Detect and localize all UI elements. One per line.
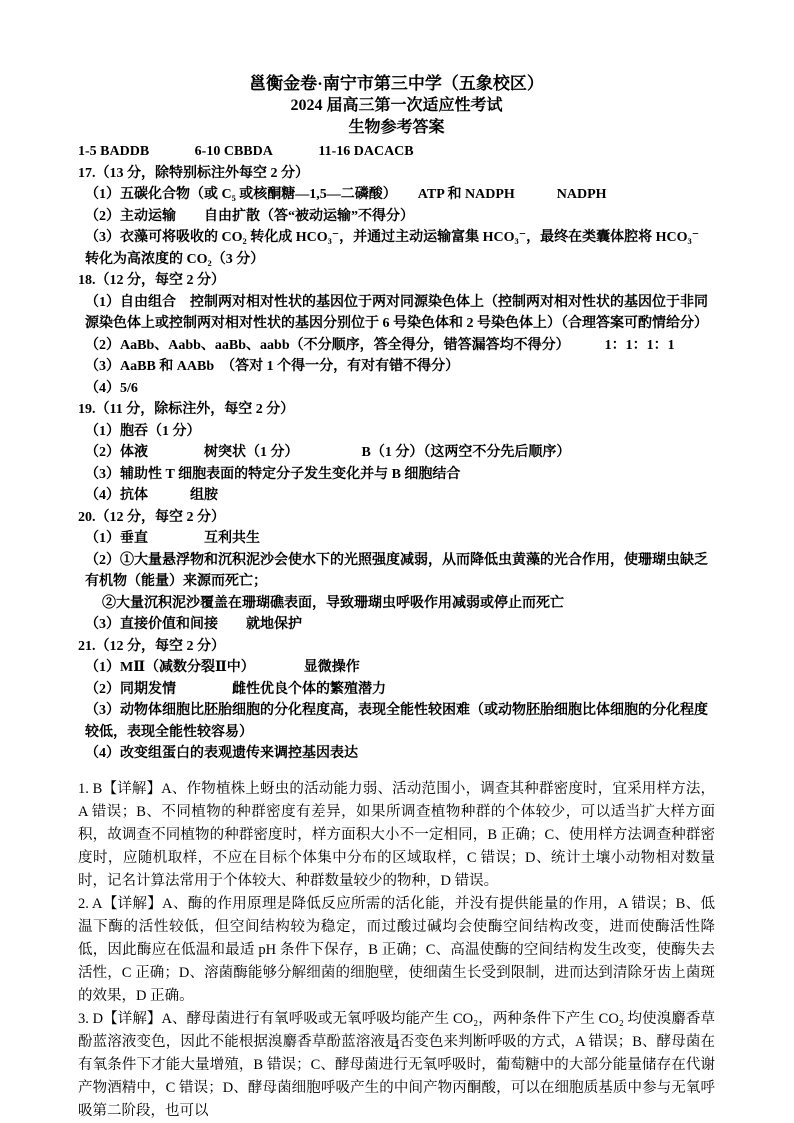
question-20-block: 20.（12 分，每空 2 分） （1）垂直 互利共生 （2）①大量悬浮物和沉积… (78, 507, 715, 636)
document-page: 邕衡金卷·南宁市第三中学（五象校区） 2024 届高三第一次适应性考试 生物参考… (0, 0, 794, 1123)
question-21-answer-3: （3）动物体细胞比胚胎细胞的分化程度高，表现全能性较困难（或动物胚胎细胞比体细胞… (78, 700, 715, 743)
document-title: 邕衡金卷·南宁市第三中学（五象校区） 2024 届高三第一次适应性考试 生物参考… (78, 72, 715, 139)
question-19-answer-2: （2）体液 树突状（1 分） B（1 分）（这两空不分先后顺序） (78, 442, 715, 464)
answers-section: 1-5 BADDB 6-10 CBBDA 11-16 DACACB 17.（13… (78, 141, 715, 765)
choice-group-1-5: 1-5 BADDB (78, 144, 149, 159)
question-18-block: 18.（12 分，每空 2 分） （1）自由组合 控制两对相对性状的基因位于两对… (78, 270, 715, 399)
question-21-block: 21.（12 分，每空 2 分） （1）MⅡ（减数分裂Ⅱ中） 显微操作 （2）同… (78, 636, 715, 765)
question-21-answer-1: （1）MⅡ（减数分裂Ⅱ中） 显微操作 (78, 657, 715, 679)
question-17-answer-1: （1）五碳化合物（或 C₅ 或核酮糖—1,5—二磷酸） ATP 和 NADPH … (78, 184, 715, 206)
question-19-heading: 19.（11 分，除标注外，每空 2 分） (78, 399, 715, 421)
question-17-heading: 17.（13 分，除特别标注外每空 2 分） (78, 163, 715, 185)
choice-group-11-16: 11-16 DACACB (318, 144, 413, 159)
question-21-answer-2: （2）同期发情 雌性优良个体的繁殖潜力 (78, 679, 715, 701)
question-17-answer-2: （2）主动运输 自由扩散（答“被动运输”不得分） (78, 206, 715, 228)
choice-group-6-10: 6-10 CBBDA (195, 144, 273, 159)
question-19-answer-1: （1）胞吞（1 分） (78, 421, 715, 443)
title-school-line: 邕衡金卷·南宁市第三中学（五象校区） (78, 72, 715, 95)
title-subject-line: 生物参考答案 (78, 117, 715, 139)
question-20-heading: 20.（12 分，每空 2 分） (78, 507, 715, 529)
question-17-block: 17.（13 分，除特别标注外每空 2 分） （1）五碳化合物（或 C₅ 或核酮… (78, 163, 715, 271)
explanation-question-1: 1. B【详解】A、作物植株上蚜虫的活动能力弱、活动范围小，调查其种群密度时，宜… (78, 778, 715, 893)
question-20-answer-2b: ②大量沉积泥沙覆盖在珊瑚礁表面，导致珊瑚虫呼吸作用减弱或停止而死亡 (78, 593, 715, 615)
explanation-question-2: 2. A【详解】A、酶的作用原理是降低反应所需的活化能，并没有提供能量的作用，A… (78, 893, 715, 1008)
title-exam-line: 2024 届高三第一次适应性考试 (78, 95, 715, 117)
question-18-answer-1: （1）自由组合 控制两对相对性状的基因位于两对同源染色体上（控制两对相对性状的基… (78, 292, 715, 335)
question-20-answer-1: （1）垂直 互利共生 (78, 528, 715, 550)
multiple-choice-answers: 1-5 BADDB 6-10 CBBDA 11-16 DACACB (78, 141, 715, 163)
question-19-answer-3: （3）辅助性 T 细胞表面的特定分子发生变化并与 B 细胞结合 (78, 464, 715, 486)
question-21-answer-4: （4）改变组蛋白的表观遗传来调控基因表达 (78, 743, 715, 765)
question-18-heading: 18.（12 分，每空 2 分） (78, 270, 715, 292)
question-19-answer-4: （4）抗体 组胺 (78, 485, 715, 507)
explanations-section: 1. B【详解】A、作物植株上蚜虫的活动能力弱、活动范围小，调查其种群密度时，宜… (78, 778, 715, 1123)
question-18-answer-4: （4）5/6 (78, 378, 715, 400)
question-18-answer-2: （2）AaBb、Aabb、aaBb、aabb（不分顺序，答全得分，错答漏答均不得… (78, 335, 715, 357)
question-19-block: 19.（11 分，除标注外，每空 2 分） （1）胞吞（1 分） （2）体液 树… (78, 399, 715, 507)
question-17-answer-3: （3）衣藻可将吸收的 CO₂ 转化成 HCO₃⁻，并通过主动运输富集 HCO₃⁻… (78, 227, 715, 270)
question-20-answer-2a: （2）①大量悬浮物和沉积泥沙会使水下的光照强度减弱，从而降低虫黄藻的光合作用，使… (78, 550, 715, 593)
explanation-question-3: 3. D【详解】A、酵母菌进行有氧呼吸或无氧呼吸均能产生 CO₂，两种条件下产生… (78, 1008, 715, 1123)
question-21-heading: 21.（12 分，每空 2 分） (78, 636, 715, 658)
page-number: 1 (0, 1038, 794, 1053)
question-20-answer-3: （3）直接价值和间接 就地保护 (78, 614, 715, 636)
question-18-answer-3: （3）AaBB 和 AABb （答对 1 个得一分，有对有错不得分） (78, 356, 715, 378)
